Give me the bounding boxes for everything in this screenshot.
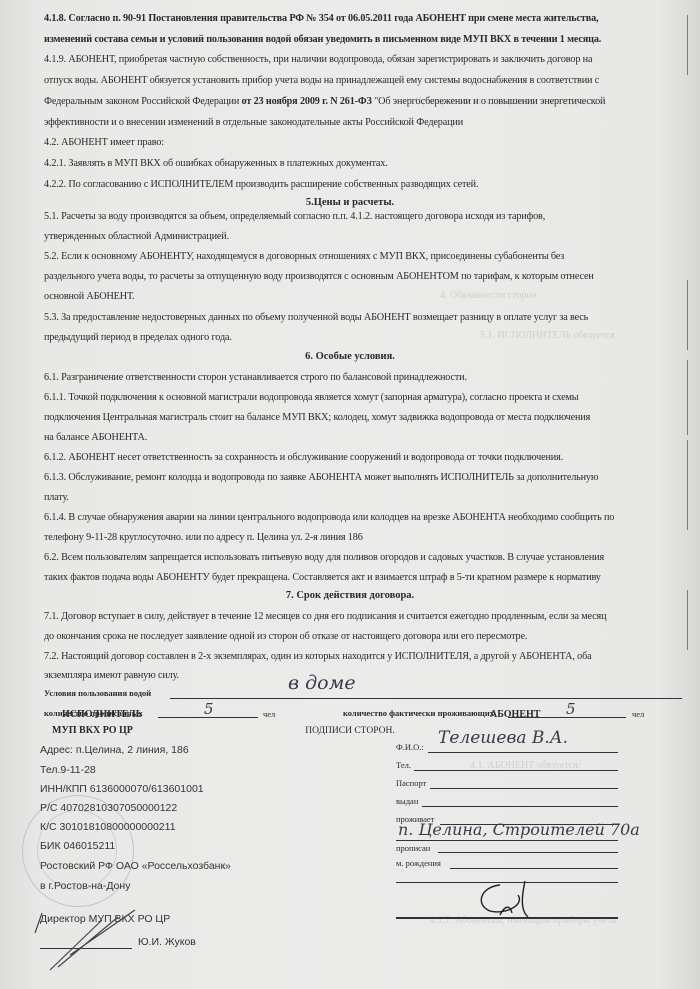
clause-6-1-3-line2: плату. [44,491,69,504]
text-fragment: Федеральным законом Российской Федерации [44,96,242,107]
clause-5-3-line2: предыдущий период в пределах одного года… [44,331,232,344]
clause-6-1-2: 6.1.2. АБОНЕНТ несет ответственность за … [44,451,563,464]
actual-count-label: количество фактически проживающих [343,708,494,718]
clause-4-1-9-line3: Федеральным законом Российской Федерации… [44,95,605,108]
contractor-title: ИСПОЛНИТЕЛЬ [62,709,142,720]
passport-label: Паспорт [396,778,426,788]
contractor-bank: Ростовский РФ ОАО «Россельхозбанк» [40,860,231,872]
birthplace-field[interactable] [450,868,618,869]
actual-count-value: 5 [566,700,576,718]
director-signature-icon [30,905,150,975]
lives-field-line2[interactable] [396,840,618,841]
clause-7-2-line1: 7.2. Настоящий договор составлен в 2-х э… [44,650,591,663]
scan-edge [687,280,688,350]
issued-field[interactable] [422,806,618,807]
scan-edge [687,360,688,435]
clause-7-2-line2: экземпляра имеют равную силу. [44,669,179,682]
clause-4-1-9-line4: эффективности и о внесении изменений в о… [44,116,463,129]
clause-4-2-2: 4.2.2. По согласованию с ИСПОЛНИТЕЛЕМ пр… [44,178,478,191]
clause-7-1-line1: 7.1. Договор вступает в силу, действует … [44,610,606,623]
clause-4-1-8-line2: изменений состава семьи и условий пользо… [44,33,601,46]
clause-4-1-9-line2: отпуск воды. АБОНЕНТ обязуется установит… [44,74,599,87]
bleed-through-text: 4. Обязанности сторон [440,290,537,301]
clause-5-2-line2: раздельного учета воды, то расчеты за от… [44,270,594,283]
fio-value: Телешева В.А. [438,728,568,748]
contractor-address: Адрес: п.Целина, 2 линия, 186 [40,744,189,756]
section-6-heading: 6. Особые условия. [0,351,700,362]
contractor-org: МУП ВКХ РО ЦР [52,725,133,736]
section-5-heading: 5.Цены и расчеты. [0,197,700,208]
registered-label: прописан [396,843,430,853]
birthplace-label: м. рождения [396,858,441,868]
clause-4-1-9-line1: 4.1.9. АБОНЕНТ, приобретая частную собст… [44,53,592,66]
law-reference: от 23 ноября 2009 г. N 261-ФЗ [242,96,372,107]
phone-field[interactable] [414,770,618,771]
scan-edge [687,440,688,530]
water-use-field[interactable] [170,698,682,699]
clause-6-1-1-line3: на балансе АБОНЕНТА. [44,431,147,444]
clause-6-1-3-line1: 6.1.3. Обслуживание, ремонт колодца и во… [44,471,598,484]
clause-6-1: 6.1. Разграничение ответственности сторо… [44,371,467,384]
clause-4-2: 4.2. АБОНЕНТ имеет право: [44,136,164,149]
clause-6-1-1-line1: 6.1.1. Точкой подключения к основной маг… [44,391,578,404]
passport-field[interactable] [430,788,618,789]
water-use-value: в доме [288,672,356,694]
clause-4-1-8-line1: 4.1.8. Согласно п. 90-91 Постановления п… [44,12,598,25]
lives-value: п. Целина, Строителей 70а [398,820,640,839]
subscriber-title: АБОНЕНТ [490,709,540,720]
contractor-phone: Тел.9-11-28 [40,764,96,776]
contractor-account: Р/С 40702810307050000122 [40,802,177,814]
clause-6-1-4-line2: телефону 9-11-28 круглосуточно. или по а… [44,531,363,544]
subscriber-signature-icon [470,875,560,925]
contractor-bik: БИК 046015211 [40,840,115,852]
clause-7-1-line2: до окончания срока не последует заявлени… [44,630,527,643]
bleed-through-text: 5.1. ИСПОЛНИТЕЛЬ обязуется [480,330,615,341]
issued-label: выдан [396,796,418,806]
fio-label: Ф.И.О.: [396,742,424,752]
water-use-label: Условия пользования водой [44,688,151,698]
fio-field[interactable] [428,752,618,753]
clause-6-2-line2: таких фактов подача воды АБОНЕНТУ будет … [44,571,601,584]
clause-4-2-1: 4.2.1. Заявлять в МУП ВКХ об ошибках обн… [44,157,388,170]
clause-5-1-line2: утвержденных областной Администрацией. [44,230,229,243]
section-7-heading: 7. Срок действия договора. [0,590,700,601]
clause-5-2-line1: 5.2. Если к основному АБОНЕНТУ, находяще… [44,250,564,263]
contractor-bank-city: в г.Ростов-на-Дону [40,880,130,892]
clause-6-2-line1: 6.2. Всем пользователям запрещается испо… [44,551,604,564]
scan-edge [687,15,688,75]
clause-5-2-line3: основной АБОНЕНТ. [44,290,134,303]
contractor-inn-kpp: ИНН/КПП 6136000070/613601001 [40,783,204,795]
registered-field[interactable] [438,852,618,853]
clause-5-1-line1: 5.1. Расчеты за воду производятся за объ… [44,210,545,223]
contractor-corr-account: К/С 30101810800000000211 [40,821,176,833]
clause-6-1-1-line2: подключения Центральная магистраль стоит… [44,411,590,424]
phone-label: Тел. [396,760,411,770]
clause-6-1-4-line1: 6.1.4. В случае обнаружения аварии на ли… [44,511,614,524]
registered-count-unit: чел [263,709,275,719]
clause-5-3-line1: 5.3. За предоставление недостоверных дан… [44,311,588,324]
registered-count-value: 5 [204,700,214,718]
actual-count-unit: чел [632,709,644,719]
text-fragment: "Об энергосбережении и о повышении энерг… [372,96,606,107]
